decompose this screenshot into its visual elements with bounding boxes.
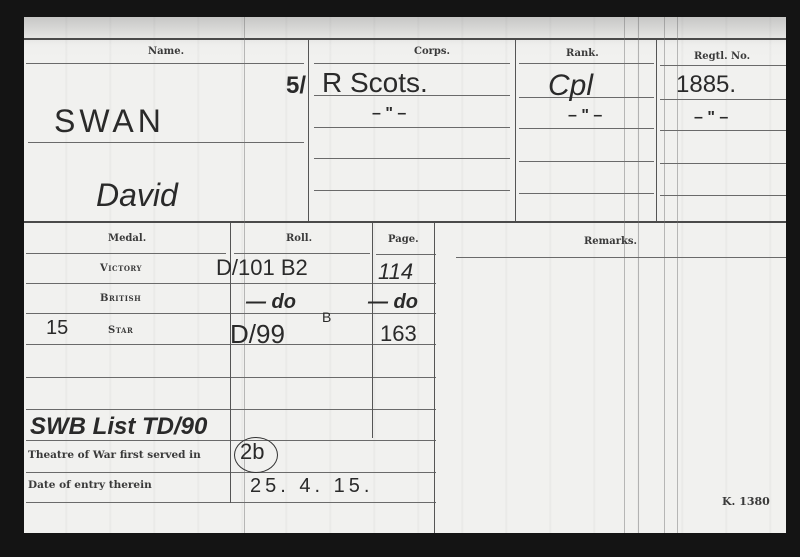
regt-no-value: 1885. — [676, 71, 736, 99]
medal-name-star: Star — [108, 325, 133, 336]
rule-row-7 — [26, 472, 436, 473]
corps-prefix: 5/ — [286, 72, 306, 100]
page-value-victory: 114 — [378, 259, 413, 285]
medal-name-british: British — [100, 293, 141, 304]
corps-ditto: – " – — [372, 105, 406, 123]
rule-regt-2 — [660, 130, 786, 131]
page-column-header: Page. — [388, 234, 419, 245]
col-sep-roll-page — [372, 223, 373, 438]
rule-page-header — [376, 254, 436, 255]
rule-roll-header — [234, 253, 370, 254]
col-faint-2 — [624, 17, 625, 533]
roll-superscript-star: B — [322, 309, 331, 325]
rule-corps-2 — [314, 127, 510, 128]
rule-regt-1 — [660, 99, 786, 100]
rank-ditto: – " – — [568, 107, 602, 125]
rule-row-5 — [26, 409, 436, 410]
col-sep-corps-rank — [515, 40, 516, 221]
theatre-value: 2b — [240, 439, 264, 465]
corps-label: Corps. — [414, 46, 450, 57]
rule-top — [24, 38, 786, 40]
rule-header-bottom-regt — [660, 65, 786, 66]
remarks-header: Remarks. — [584, 236, 637, 247]
rule-rank-2 — [519, 128, 654, 129]
date-label: Date of entry therein — [28, 479, 152, 491]
rule-name-mid — [28, 142, 304, 143]
roll-value-star: D/99 — [230, 319, 285, 350]
col-sep-rank-regt — [656, 40, 657, 221]
form-number: K. 1380 — [722, 495, 770, 508]
rule-remarks-header — [456, 257, 786, 258]
col-sep-name-corps — [308, 40, 309, 221]
page-value-star: 163 — [380, 321, 417, 347]
corps-value: R Scots. — [322, 67, 428, 99]
roll-value-victory: D/101 B2 — [216, 255, 308, 281]
medal-name-victory: Victory — [100, 263, 142, 274]
date-value: 25. 4. 15. — [250, 475, 373, 498]
rule-header-bottom-corps — [314, 63, 510, 64]
rule-header-bottom-name — [26, 63, 304, 64]
regt-no-ditto: – " – — [694, 109, 728, 127]
medal-prefix-star: 15 — [46, 317, 68, 340]
rank-label: Rank. — [566, 48, 599, 59]
regt-no-label: Regtl. No. — [694, 51, 750, 62]
forename-value: David — [96, 177, 178, 214]
col-sep-page-remarks — [434, 223, 435, 533]
rule-corps-3 — [314, 158, 510, 159]
rank-value: Cpl — [548, 69, 593, 103]
rule-corps-4 — [314, 190, 510, 191]
rule-row-8 — [26, 502, 436, 503]
rule-row-1 — [26, 283, 436, 284]
rule-regt-3 — [660, 163, 786, 164]
rule-header-bottom-rank — [519, 63, 654, 64]
page-value-british: — do — [368, 291, 418, 314]
rule-rank-3 — [519, 161, 654, 162]
list-annotation: SWB List TD/90 — [30, 413, 207, 441]
rule-mid-divider — [24, 221, 786, 223]
rule-regt-4 — [660, 195, 786, 196]
medal-index-card: Name. Corps. Rank. Regtl. No. SWAN David… — [24, 17, 786, 533]
col-faint-4 — [664, 17, 665, 533]
surname-value: SWAN — [54, 103, 165, 140]
theatre-label: Theatre of War first served in — [28, 449, 201, 461]
rule-medal-header — [26, 253, 226, 254]
rule-rank-4 — [519, 193, 654, 194]
name-label: Name. — [148, 46, 184, 57]
roll-value-british: — do — [246, 291, 296, 314]
medal-column-header: Medal. — [108, 233, 146, 244]
roll-column-header: Roll. — [286, 233, 312, 244]
rule-row-4 — [26, 377, 436, 378]
col-faint-3 — [638, 17, 639, 533]
